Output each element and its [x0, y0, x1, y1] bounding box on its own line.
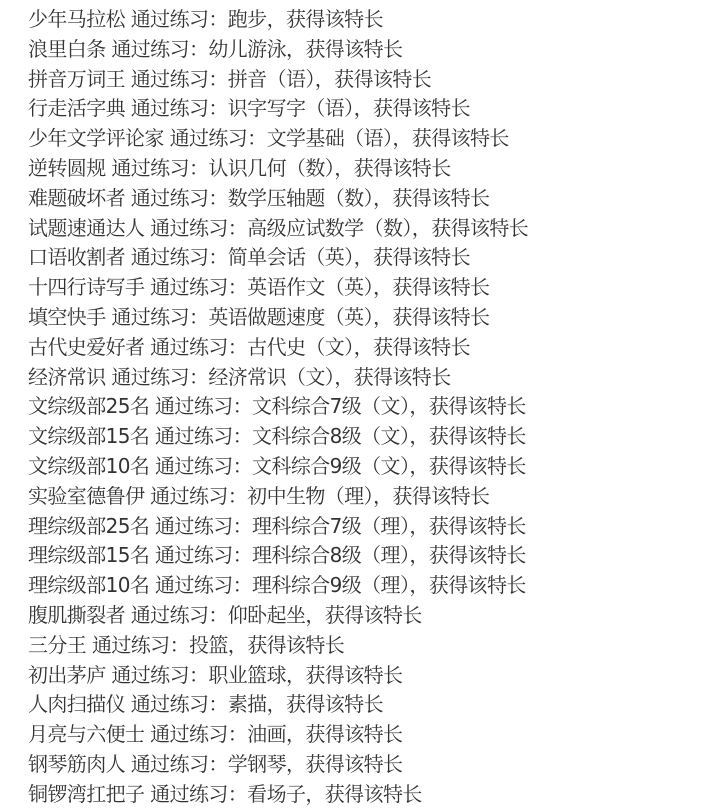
connector-text: 通过练习：: [150, 782, 247, 806]
specialty-title: 十四行诗写手: [28, 275, 144, 299]
list-item: 理综级部10名 通过练习：理科综合9级（理），获得该特长: [28, 571, 528, 601]
list-item: 三分王 通过练习：投篮，获得该特长: [28, 631, 528, 661]
reward-text: 获得该特长: [305, 722, 402, 746]
reward-text: 获得该特长: [429, 394, 526, 418]
practice-name: 仰卧起坐: [228, 603, 306, 627]
reward-text: 获得该特长: [429, 573, 526, 597]
connector-text: 通过练习：: [111, 305, 208, 329]
specialty-title: 古代史爱好者: [28, 335, 144, 359]
connector-text: 通过练习：: [131, 96, 228, 120]
connector-text: 通过练习：: [111, 156, 208, 180]
specialty-list: 少年马拉松 通过练习：跑步，获得该特长 浪里白条 通过练习：幼儿游泳，获得该特长…: [28, 5, 528, 809]
comma: ，: [334, 365, 353, 389]
practice-name: 文科综合7级（文）: [252, 394, 409, 418]
specialty-title: 钢琴筋肉人: [28, 752, 125, 776]
connector-text: 通过练习：: [131, 245, 228, 269]
practice-name: 高级应试数学（数）: [247, 216, 412, 240]
specialty-title: 月亮与六便士: [28, 722, 144, 746]
list-item: 经济常识 通过练习：经济常识（文），获得该特长: [28, 363, 528, 393]
comma: ，: [267, 692, 286, 716]
list-item: 理综级部15名 通过练习：理科综合8级（理），获得该特长: [28, 541, 528, 571]
specialty-title: 理综级部25名: [28, 514, 149, 538]
comma: ，: [373, 275, 392, 299]
list-item: 拼音万词王 通过练习：拼音（语），获得该特长: [28, 65, 528, 95]
connector-text: 通过练习：: [150, 275, 247, 299]
comma: ，: [409, 454, 428, 478]
comma: ，: [228, 633, 247, 657]
reward-text: 获得该特长: [247, 633, 344, 657]
connector-text: 通过练习：: [155, 543, 252, 567]
practice-name: 识字写字（语）: [228, 96, 354, 120]
comma: ，: [305, 782, 324, 806]
comma: ，: [409, 543, 428, 567]
practice-name: 跑步: [228, 7, 267, 31]
reward-text: 获得该特长: [373, 96, 470, 120]
list-item: 难题破坏者 通过练习：数学压轴题（数），获得该特长: [28, 184, 528, 214]
comma: ，: [286, 752, 305, 776]
connector-text: 通过练习：: [131, 7, 228, 31]
connector-text: 通过练习：: [111, 37, 208, 61]
list-item: 古代史爱好者 通过练习：古代史（文），获得该特长: [28, 333, 528, 363]
practice-name: 文科综合8级（文）: [252, 424, 409, 448]
comma: ，: [409, 394, 428, 418]
specialty-title: 难题破坏者: [28, 186, 125, 210]
comma: ，: [286, 722, 305, 746]
practice-name: 职业篮球: [208, 663, 286, 687]
connector-text: 通过练习：: [131, 752, 228, 776]
connector-text: 通过练习：: [131, 603, 228, 627]
specialty-title: 拼音万词王: [28, 67, 125, 91]
practice-name: 经济常识（文）: [208, 365, 334, 389]
specialty-title: 浪里白条: [28, 37, 106, 61]
comma: ，: [409, 514, 428, 538]
connector-text: 通过练习：: [131, 67, 228, 91]
reward-text: 获得该特长: [429, 543, 526, 567]
connector-text: 通过练习：: [131, 186, 228, 210]
practice-name: 拼音（语）: [228, 67, 315, 91]
practice-name: 油画: [247, 722, 286, 746]
connector-text: 通过练习：: [131, 692, 228, 716]
list-item: 铜锣湾扛把子 通过练习：看场子，获得该特长: [28, 780, 528, 809]
specialty-title: 实验室德鲁伊: [28, 484, 144, 508]
specialty-title: 理综级部10名: [28, 573, 149, 597]
comma: ，: [354, 245, 373, 269]
comma: ，: [354, 335, 373, 359]
reward-text: 获得该特长: [334, 67, 431, 91]
practice-name: 古代史（文）: [247, 335, 353, 359]
comma: ，: [267, 7, 286, 31]
practice-name: 文学基础（语）: [267, 126, 393, 150]
list-item: 填空快手 通过练习：英语做题速度（英），获得该特长: [28, 303, 528, 333]
list-item: 理综级部25名 通过练习：理科综合7级（理），获得该特长: [28, 512, 528, 542]
list-item: 少年文学评论家 通过练习：文学基础（语），获得该特长: [28, 124, 528, 154]
list-item: 少年马拉松 通过练习：跑步，获得该特长: [28, 5, 528, 35]
specialty-title: 腹肌撕裂者: [28, 603, 125, 627]
specialty-title: 经济常识: [28, 365, 106, 389]
practice-name: 简单会话（英）: [228, 245, 354, 269]
list-item: 行走活字典 通过练习：识字写字（语），获得该特长: [28, 94, 528, 124]
practice-name: 素描: [228, 692, 267, 716]
practice-name: 看场子: [247, 782, 305, 806]
specialty-title: 口语收割者: [28, 245, 125, 269]
reward-text: 获得该特长: [392, 305, 489, 329]
practice-name: 认识几何（数）: [208, 156, 334, 180]
list-item: 试题速通达人 通过练习：高级应试数学（数），获得该特长: [28, 214, 528, 244]
connector-text: 通过练习：: [155, 394, 252, 418]
comma: ，: [373, 305, 392, 329]
practice-name: 理科综合7级（理）: [252, 514, 409, 538]
specialty-title: 文综级部15名: [28, 424, 149, 448]
list-item: 腹肌撕裂者 通过练习：仰卧起坐，获得该特长: [28, 601, 528, 631]
practice-name: 学钢琴: [228, 752, 286, 776]
reward-text: 获得该特长: [373, 245, 470, 269]
connector-text: 通过练习：: [150, 722, 247, 746]
reward-text: 获得该特长: [431, 216, 528, 240]
specialty-title: 三分王: [28, 633, 86, 657]
comma: ，: [315, 67, 334, 91]
reward-text: 获得该特长: [286, 7, 383, 31]
reward-text: 获得该特长: [354, 365, 451, 389]
comma: ，: [373, 484, 392, 508]
connector-text: 通过练习：: [92, 633, 189, 657]
connector-text: 通过练习：: [150, 484, 247, 508]
connector-text: 通过练习：: [150, 216, 247, 240]
reward-text: 获得该特长: [429, 514, 526, 538]
practice-name: 幼儿游泳: [208, 37, 286, 61]
specialty-title: 少年马拉松: [28, 7, 125, 31]
connector-text: 通过练习：: [155, 424, 252, 448]
connector-text: 通过练习：: [155, 573, 252, 597]
reward-text: 获得该特长: [305, 37, 402, 61]
list-item: 十四行诗写手 通过练习：英语作文（英），获得该特长: [28, 273, 528, 303]
connector-text: 通过练习：: [150, 335, 247, 359]
reward-text: 获得该特长: [325, 603, 422, 627]
connector-text: 通过练习：: [155, 454, 252, 478]
connector-text: 通过练习：: [111, 663, 208, 687]
comma: ，: [409, 424, 428, 448]
comma: ，: [286, 37, 305, 61]
reward-text: 获得该特长: [373, 335, 470, 359]
list-item: 文综级部10名 通过练习：文科综合9级（文），获得该特长: [28, 452, 528, 482]
list-item: 浪里白条 通过练习：幼儿游泳，获得该特长: [28, 35, 528, 65]
practice-name: 初中生物（理）: [247, 484, 373, 508]
comma: ，: [392, 126, 411, 150]
list-item: 人肉扫描仪 通过练习：素描，获得该特长: [28, 690, 528, 720]
practice-name: 投篮: [189, 633, 228, 657]
list-item: 口语收割者 通过练习：简单会话（英），获得该特长: [28, 243, 528, 273]
specialty-title: 文综级部25名: [28, 394, 149, 418]
practice-name: 数学压轴题（数）: [228, 186, 373, 210]
reward-text: 获得该特长: [392, 484, 489, 508]
specialty-title: 人肉扫描仪: [28, 692, 125, 716]
reward-text: 获得该特长: [305, 663, 402, 687]
practice-name: 英语作文（英）: [247, 275, 373, 299]
connector-text: 通过练习：: [170, 126, 267, 150]
reward-text: 获得该特长: [392, 275, 489, 299]
practice-name: 文科综合9级（文）: [252, 454, 409, 478]
practice-name: 理科综合8级（理）: [252, 543, 409, 567]
comma: ，: [305, 603, 324, 627]
specialty-title: 少年文学评论家: [28, 126, 164, 150]
list-item: 月亮与六便士 通过练习：油画，获得该特长: [28, 720, 528, 750]
reward-text: 获得该特长: [286, 692, 383, 716]
practice-name: 理科综合9级（理）: [252, 573, 409, 597]
practice-name: 英语做题速度（英）: [208, 305, 373, 329]
specialty-title: 试题速通达人: [28, 216, 144, 240]
list-item: 逆转圆规 通过练习：认识几何（数），获得该特长: [28, 154, 528, 184]
list-item: 文综级部15名 通过练习：文科综合8级（文），获得该特长: [28, 422, 528, 452]
specialty-title: 填空快手: [28, 305, 106, 329]
specialty-title: 初出茅庐: [28, 663, 106, 687]
list-item: 初出茅庐 通过练习：职业篮球，获得该特长: [28, 661, 528, 691]
reward-text: 获得该特长: [429, 454, 526, 478]
reward-text: 获得该特长: [325, 782, 422, 806]
list-item: 实验室德鲁伊 通过练习：初中生物（理），获得该特长: [28, 482, 528, 512]
specialty-title: 文综级部10名: [28, 454, 149, 478]
connector-text: 通过练习：: [111, 365, 208, 389]
reward-text: 获得该特长: [412, 126, 509, 150]
specialty-title: 行走活字典: [28, 96, 125, 120]
specialty-title: 理综级部15名: [28, 543, 149, 567]
comma: ，: [286, 663, 305, 687]
reward-text: 获得该特长: [429, 424, 526, 448]
specialty-title: 铜锣湾扛把子: [28, 782, 144, 806]
comma: ，: [373, 186, 392, 210]
comma: ，: [354, 96, 373, 120]
reward-text: 获得该特长: [392, 186, 489, 210]
comma: ，: [412, 216, 431, 240]
comma: ，: [334, 156, 353, 180]
list-item: 文综级部25名 通过练习：文科综合7级（文），获得该特长: [28, 392, 528, 422]
list-item: 钢琴筋肉人 通过练习：学钢琴，获得该特长: [28, 750, 528, 780]
comma: ，: [409, 573, 428, 597]
reward-text: 获得该特长: [354, 156, 451, 180]
specialty-title: 逆转圆规: [28, 156, 106, 180]
connector-text: 通过练习：: [155, 514, 252, 538]
reward-text: 获得该特长: [305, 752, 402, 776]
